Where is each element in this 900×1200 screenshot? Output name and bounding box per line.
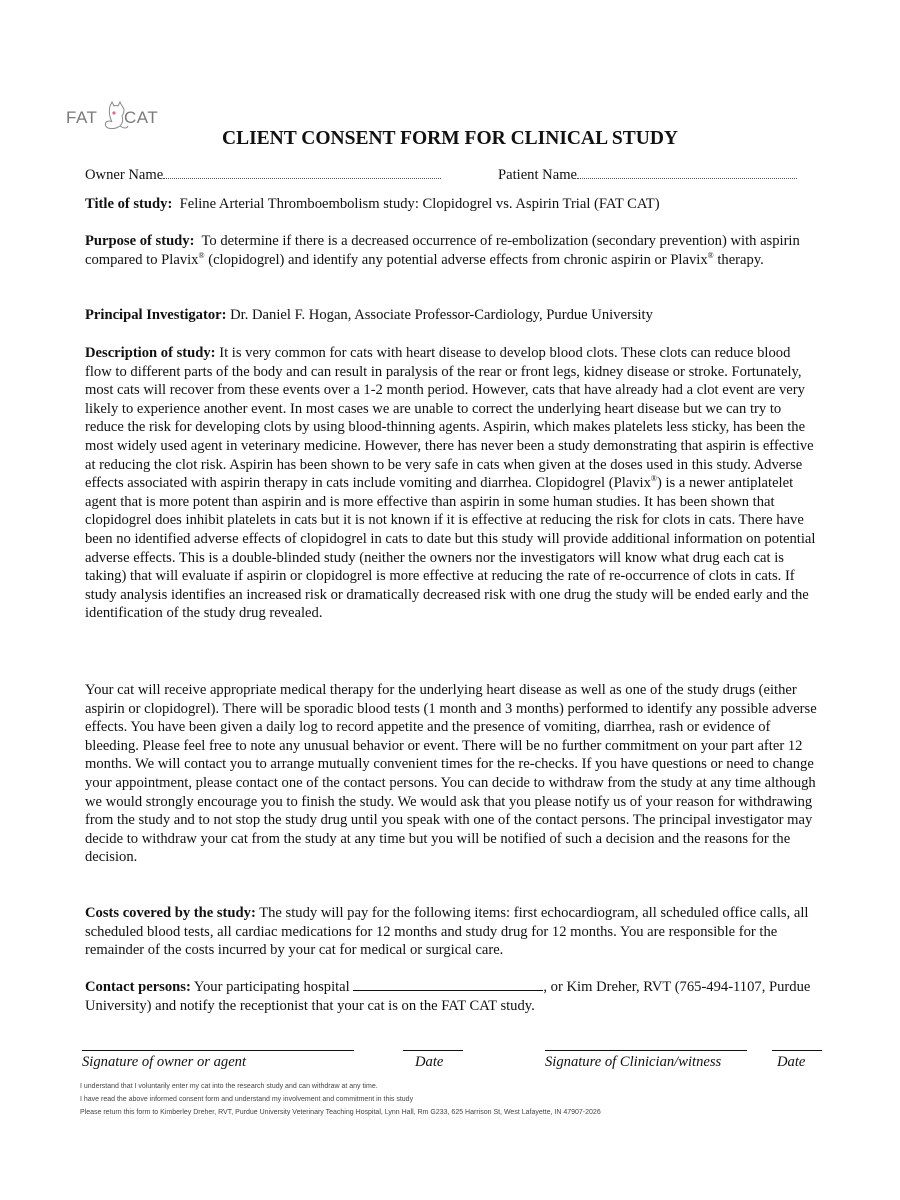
patient-name-label: Patient Name <box>498 167 577 183</box>
investigator-text: Dr. Daniel F. Hogan, Associate Professor… <box>230 307 653 323</box>
patient-name-field[interactable] <box>577 166 797 179</box>
description-label: Description of study: <box>85 345 216 361</box>
costs-section: Costs covered by the study: The study wi… <box>85 904 820 960</box>
purpose-label: Purpose of study: <box>85 233 194 249</box>
owner-name-label: Owner Name <box>85 167 163 183</box>
description-section: Description of study: It is very common … <box>85 344 820 623</box>
owner-signature-line[interactable]: Signature of owner or agent <box>82 1050 354 1071</box>
owner-name-row: Owner Name <box>85 166 441 185</box>
fine-print-1: I understand that I voluntarily enter my… <box>80 1081 378 1092</box>
study-title-label: Title of study: <box>85 196 172 212</box>
owner-name-field[interactable] <box>163 166 441 179</box>
contact-text: Your participating hospital <box>194 979 350 995</box>
study-title-section: Title of study: Feline Arterial Thromboe… <box>85 195 820 214</box>
logo-fat-text: FAT <box>66 108 97 128</box>
page-title: CLIENT CONSENT FORM FOR CLINICAL STUDY <box>0 128 900 150</box>
clinician-signature-line[interactable]: Signature of Clinician/witness <box>545 1050 747 1071</box>
study-title-text: Feline Arterial Thromboembolism study: C… <box>180 196 660 212</box>
description-text: It is very common for cats with heart di… <box>85 345 814 491</box>
patient-name-row: Patient Name <box>498 166 797 185</box>
investigator-section: Principal Investigator: Dr. Daniel F. Ho… <box>85 306 820 325</box>
clinician-date-line[interactable]: Date <box>772 1050 822 1071</box>
investigator-label: Principal Investigator: <box>85 307 226 323</box>
contact-section: Contact persons: Your participating hosp… <box>85 978 820 1015</box>
purpose-text-cont: (clopidogrel) and identify any potential… <box>205 252 708 268</box>
costs-label: Costs covered by the study: <box>85 905 256 921</box>
contact-label: Contact persons: <box>85 979 191 995</box>
logo-cat-text: CAT <box>124 108 158 128</box>
owner-date-line[interactable]: Date <box>403 1050 463 1071</box>
description-text-cont: ) is a newer antiplatelet agent that is … <box>85 475 815 621</box>
fine-print-3: Please return this form to Kimberley Dre… <box>80 1107 601 1118</box>
purpose-section: Purpose of study: To determine if there … <box>85 232 820 269</box>
therapy-paragraph: Your cat will receive appropriate medica… <box>85 681 820 867</box>
hospital-name-field[interactable] <box>353 978 543 991</box>
purpose-text-end: therapy. <box>714 252 764 268</box>
fine-print-2: I have read the above informed consent f… <box>80 1094 413 1105</box>
